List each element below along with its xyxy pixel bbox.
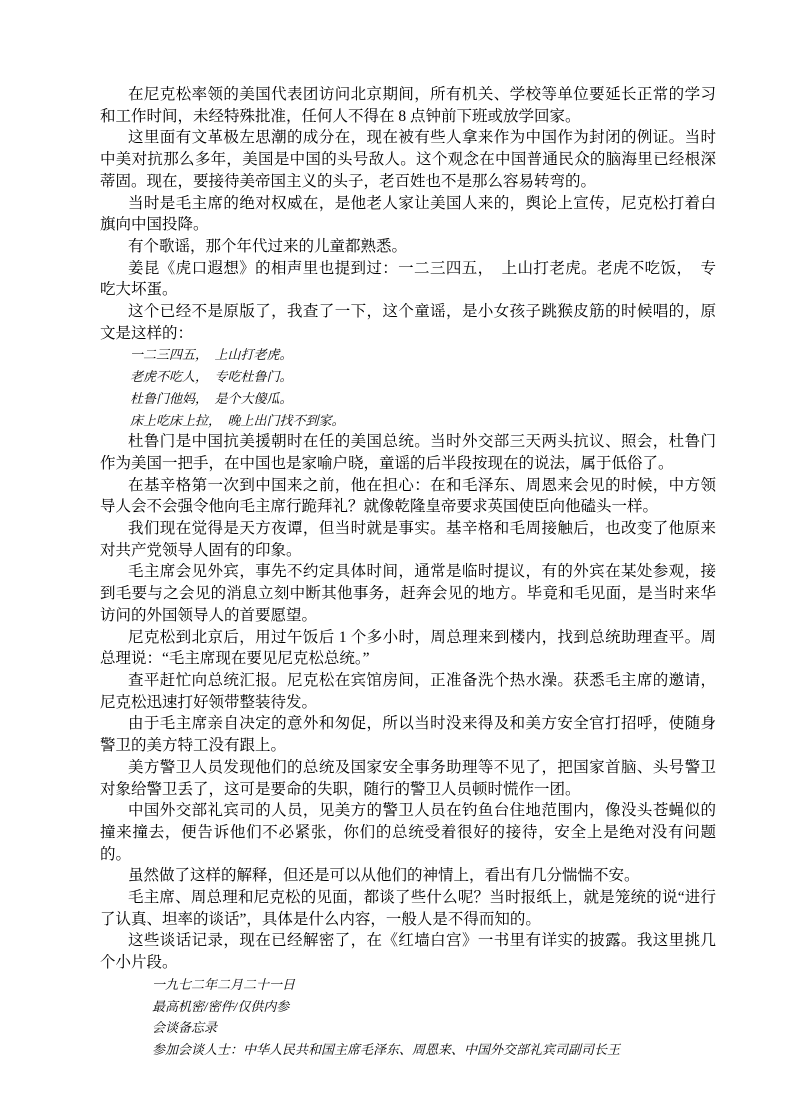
- verse-line: 一二三四五， 上山打老虎。: [100, 344, 716, 366]
- memo-line: 参加会谈人士：中华人民共和国主席毛泽东、周恩来、中国外交部礼宾司副司长王: [100, 1039, 716, 1061]
- paragraph: 在尼克松率领的美国代表团访问北京期间，所有机关、学校等单位要延长正常的学习和工作…: [100, 84, 716, 127]
- memo-line: 一九七二年二月二十一日: [100, 974, 716, 996]
- memo-line: 最高机密/密件/仅供内参: [100, 996, 716, 1018]
- paragraph: 美方警卫人员发现他们的总统及国家安全事务助理等不见了，把国家首脑、头号警卫对象给…: [100, 757, 716, 800]
- paragraph: 有个歌谣，那个年代过来的儿童都熟悉。: [100, 236, 716, 258]
- paragraph: 尼克松到北京后，用过午饭后 1 个多小时，周总理来到楼内，找到总统助理查平。周总…: [100, 627, 716, 670]
- paragraph: 毛主席、周总理和尼克松的见面，都谈了些什么呢？当时报纸上，就是笼统的说“进行了认…: [100, 887, 716, 930]
- paragraph: 这些谈话记录，现在已经解密了，在《红墙白宫》一书里有详实的披露。我这里挑几个小片…: [100, 930, 716, 973]
- verse-line: 老虎不吃人， 专吃杜鲁门。: [100, 366, 716, 388]
- memo-line: 会谈备忘录: [100, 1017, 716, 1039]
- verse-line: 杜鲁门他妈， 是个大傻瓜。: [100, 388, 716, 410]
- paragraph: 当时是毛主席的绝对权威在，是他老人家让美国人来的，舆论上宣传，尼克松打着白旗向中…: [100, 193, 716, 236]
- verse-line: 床上吃床上拉， 晚上出门找不到家。: [100, 410, 716, 432]
- document-page: 在尼克松率领的美国代表团访问北京期间，所有机关、学校等单位要延长正常的学习和工作…: [100, 84, 716, 1061]
- paragraph: 杜鲁门是中国抗美援朝时在任的美国总统。当时外交部三天两头抗议、照会，杜鲁门作为美…: [100, 431, 716, 474]
- paragraph: 中国外交部礼宾司的人员，见美方的警卫人员在钓鱼台住地范围内，像没头苍蝇似的撞来撞…: [100, 800, 716, 865]
- paragraph: 我们现在觉得是天方夜谭，但当时就是事实。基辛格和毛周接触后，也改变了他原来对共产…: [100, 518, 716, 561]
- paragraph: 这个已经不是原版了，我查了一下，这个童谣，是小女孩子跳猴皮筋的时候唱的，原文是这…: [100, 301, 716, 344]
- paragraph: 这里面有文革极左思潮的成分在，现在被有些人拿来作为中国作为封闭的例证。当时中美对…: [100, 127, 716, 192]
- paragraph: 姜昆《虎口遐想》的相声里也提到过：一二三四五， 上山打老虎。老虎不吃饭， 专吃大…: [100, 258, 716, 301]
- paragraph: 毛主席会见外宾，事先不约定具体时间，通常是临时提议，有的外宾在某处参观，接到毛要…: [100, 561, 716, 626]
- paragraph: 虽然做了这样的解释，但还是可以从他们的神情上，看出有几分惴惴不安。: [100, 865, 716, 887]
- paragraph: 由于毛主席亲自决定的意外和匆促，所以当时没来得及和美方安全官打招呼，使随身警卫的…: [100, 713, 716, 756]
- paragraph: 查平赶忙向总统汇报。尼克松在宾馆房间，正准备洗个热水澡。获悉毛主席的邀请，尼克松…: [100, 670, 716, 713]
- paragraph: 在基辛格第一次到中国来之前，他在担心：在和毛泽东、周恩来会见的时候，中方领导人会…: [100, 475, 716, 518]
